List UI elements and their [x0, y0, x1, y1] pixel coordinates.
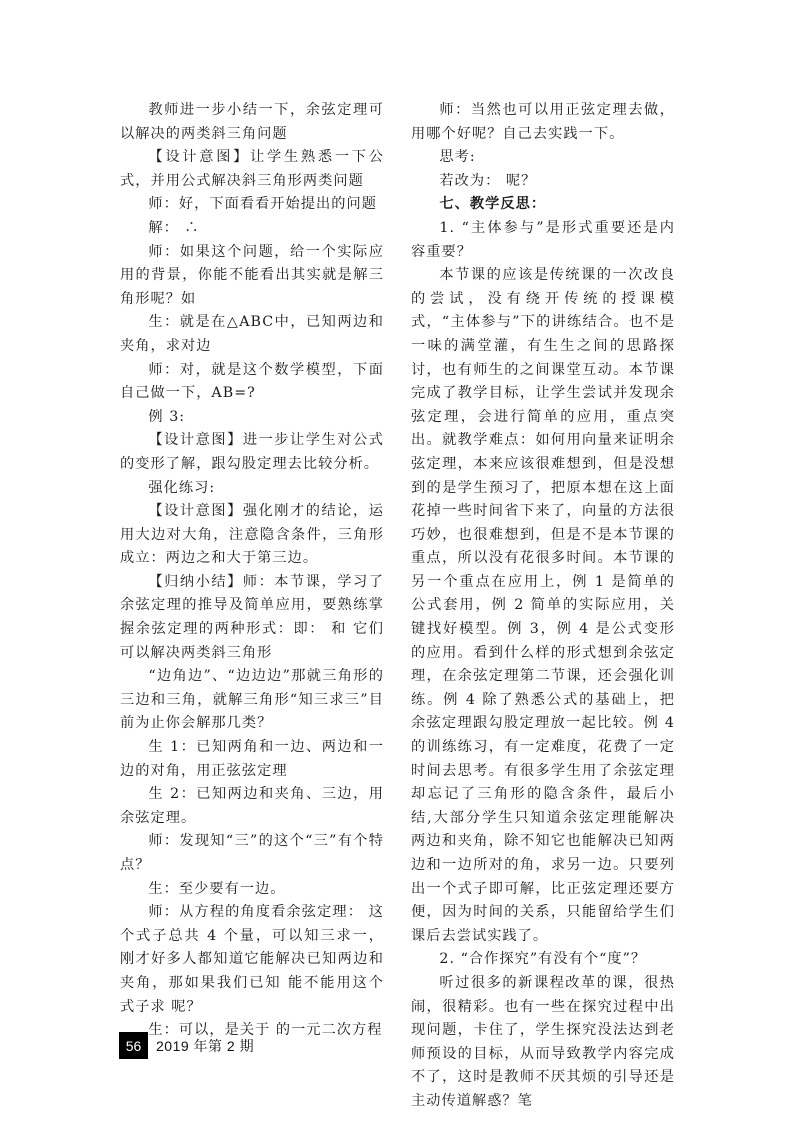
paragraph: 强化练习:: [120, 477, 384, 501]
paragraph: 本节课的应该是传统课的一次改良的尝试，没有绕开传统的授课模式，“主体参与”下的讲…: [411, 264, 675, 948]
paragraph: 生：至少要有一边。: [120, 878, 384, 902]
subheading: 2. “合作探究”有没有个“度”？: [411, 948, 675, 972]
paragraph: 师：当然也可以用正弦定理去做，用哪个好呢？自己去实践一下。: [411, 99, 675, 146]
page-footer: 56 2019 年第 2 期: [119, 1032, 254, 1059]
left-column: 教师进一步小结一下，余弦定理可以解决的两类斜三角问题 【设计意图】让学生熟悉一下…: [120, 99, 384, 1043]
page-number: 56: [119, 1032, 148, 1059]
issue-label: 2019 年第 2 期: [156, 1036, 254, 1056]
paragraph: 思考:: [411, 146, 675, 170]
paragraph: 例 3:: [120, 406, 384, 430]
paragraph: 师：从方程的角度看余弦定理： 这个式子总共 4 个量，可以知三求一，刚才好多人都…: [120, 901, 384, 1019]
paragraph: 生：就是在△ABC中，已知两边和夹角，求对边: [120, 311, 384, 358]
paragraph: 若改为： 呢？: [411, 170, 675, 194]
paragraph: 【设计意图】强化刚才的结论，运用大边对大角，注意隐含条件，三角形成立：两边之和大…: [120, 500, 384, 571]
paragraph: 教师进一步小结一下，余弦定理可以解决的两类斜三角问题: [120, 99, 384, 146]
paragraph: 生 2：已知两边和夹角、三边，用余弦定理。: [120, 783, 384, 830]
paragraph: 解： ∴: [120, 217, 384, 241]
paragraph: “边角边”、“边边边”那就三角形的三边和三角，就解三角形“知三求三”目前为止你会…: [120, 665, 384, 736]
paragraph: 【设计意图】让学生熟悉一下公式，并用公式解决斜三角形两类问题: [120, 146, 384, 193]
right-column: 师：当然也可以用正弦定理去做，用哪个好呢？自己去实践一下。 思考: 若改为： 呢…: [411, 99, 675, 1114]
section-heading: 七、教学反思：: [411, 193, 675, 217]
paragraph: 师：如果这个问题，给一个实际应用的背景，你能不能看出其实就是解三角形呢？如: [120, 241, 384, 312]
subheading: 1. “主体参与”是形式重要还是内容重要？: [411, 217, 675, 264]
paragraph: 师：好，下面看看开始提出的问题: [120, 193, 384, 217]
paragraph: 听过很多的新课程改革的课，很热闹，很精彩。也有一些在探究过程中出现问题，卡住了，…: [411, 972, 675, 1114]
paragraph: 师：对，就是这个数学模型，下面自己做一下，AB=?: [120, 359, 384, 406]
paragraph: 生 1：已知两角和一边、两边和一边的对角，用正弦弦定理: [120, 736, 384, 783]
paragraph: 【设计意图】进一步让学生对公式的变形了解，跟勾股定理去比较分析。: [120, 429, 384, 476]
paragraph: 师：发现知“三”的这个“三”有个特点？: [120, 830, 384, 877]
paragraph: 【归纳小结】师：本节课，学习了余弦定理的推导及简单应用，要熟练掌握余弦定理的两种…: [120, 571, 384, 665]
